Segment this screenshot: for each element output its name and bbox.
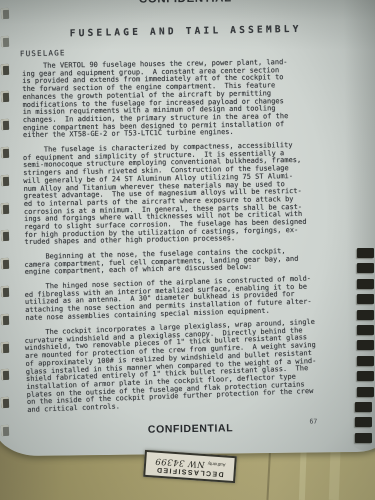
binding-comb <box>355 0 375 460</box>
classification-header: CONFIDENTIAL <box>0 0 375 7</box>
classification-footer: CONFIDENTIAL <box>0 420 375 439</box>
paragraph: Beginning at the nose, the fuselage cont… <box>24 247 358 278</box>
body-text: The VERTOL 90 fuselage houses the crew, … <box>22 59 360 422</box>
paragraph: The hinged nose section of the airplane … <box>24 274 359 322</box>
section-heading: FUSELAGE <box>20 48 66 58</box>
photo-of-document: CONFIDENTIAL FUSELAGE AND TAIL ASSEMBLY … <box>0 0 375 500</box>
document-page: CONFIDENTIAL FUSELAGE AND TAIL ASSEMBLY … <box>0 0 375 456</box>
paragraph: The cockpit incorporates a large plexigl… <box>24 317 361 414</box>
page-title: FUSELAGE AND TAIL ASSEMBLY <box>0 22 375 41</box>
paragraph: The VERTOL 90 fuselage houses the crew, … <box>22 58 357 140</box>
paragraph: The fuselage is characterized by compact… <box>23 141 359 247</box>
binding-holes <box>0 0 12 460</box>
authority-label: Authority <box>208 461 226 467</box>
page-number: 67 <box>309 417 317 425</box>
declassified-stamp: DECLASSIFIED Authority NW 34399 <box>143 450 237 483</box>
